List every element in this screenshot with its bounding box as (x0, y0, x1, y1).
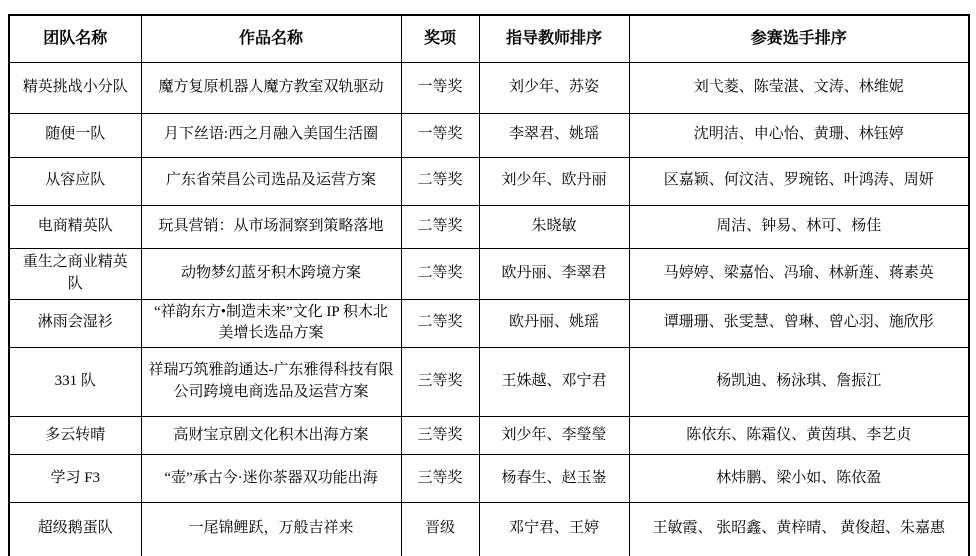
cell-team-name: 精英挑战小分队 (9, 62, 141, 113)
document-page: 团队名称 作品名称 奖项 指导教师排序 参赛选手排序 精英挑战小分队 魔方复原机… (0, 0, 976, 556)
cell-work-name: 高财宝京剧文化积木出海方案 (141, 417, 401, 455)
cell-award: 一等奖 (401, 113, 479, 157)
cell-player-order: 谭珊珊、张雯慧、曾琳、曾心羽、施欣彤 (629, 299, 969, 348)
cell-team-name: 随便一队 (9, 113, 141, 157)
cell-award: 一等奖 (401, 62, 479, 113)
cell-player-order: 马婷婷、梁嘉怡、冯瑜、林新莲、蒋素英 (629, 248, 969, 299)
cell-award: 二等奖 (401, 299, 479, 348)
cell-team-name: 331 队 (9, 348, 141, 417)
header-row: 团队名称 作品名称 奖项 指导教师排序 参赛选手排序 (9, 15, 969, 62)
awards-table: 团队名称 作品名称 奖项 指导教师排序 参赛选手排序 精英挑战小分队 魔方复原机… (8, 14, 970, 556)
cell-work-name: 动物梦幻蓝牙积木跨境方案 (141, 248, 401, 299)
cell-work-name: 一尾锦鲤跃，万般吉祥来 (141, 503, 401, 556)
cell-award: 二等奖 (401, 248, 479, 299)
cell-player-order: 区嘉颖、何汶洁、罗琬铭、叶鸿涛、周妍 (629, 157, 969, 205)
header-team-name: 团队名称 (9, 15, 141, 62)
header-award: 奖项 (401, 15, 479, 62)
table-row: 随便一队 月下丝语:西之月融入美国生活圈 一等奖 李翠君、姚瑶 沈明洁、申心怡、… (9, 113, 969, 157)
table-row: 多云转晴 高财宝京剧文化积木出海方案 三等奖 刘少年、李瑩瑩 陈依东、陈霜仪、黄… (9, 417, 969, 455)
table-row: 淋雨会湿衫 “祥韵东方•制造未来”文化 IP 积木北美增长选品方案 二等奖 欧丹… (9, 299, 969, 348)
cell-team-name: 重生之商业精英队 (9, 248, 141, 299)
cell-award: 二等奖 (401, 205, 479, 248)
table-row: 精英挑战小分队 魔方复原机器人魔方教室双轨驱动 一等奖 刘少年、苏姿 刘弋菱、陈… (9, 62, 969, 113)
cell-award: 晋级 (401, 503, 479, 556)
cell-teacher-order: 邓宁君、王婷 (479, 503, 629, 556)
cell-team-name: 超级鹅蛋队 (9, 503, 141, 556)
cell-award: 三等奖 (401, 417, 479, 455)
header-player-order: 参赛选手排序 (629, 15, 969, 62)
cell-award: 三等奖 (401, 455, 479, 503)
cell-work-name: 月下丝语:西之月融入美国生活圈 (141, 113, 401, 157)
table-row: 电商精英队 玩具营销：从市场洞察到策略落地 二等奖 朱晓敏 周洁、钟易、林可、杨… (9, 205, 969, 248)
cell-teacher-order: 欧丹丽、姚瑶 (479, 299, 629, 348)
cell-team-name: 从容应队 (9, 157, 141, 205)
cell-award: 三等奖 (401, 348, 479, 417)
table-row: 重生之商业精英队 动物梦幻蓝牙积木跨境方案 二等奖 欧丹丽、李翠君 马婷婷、梁嘉… (9, 248, 969, 299)
cell-teacher-order: 刘少年、李瑩瑩 (479, 417, 629, 455)
cell-award: 二等奖 (401, 157, 479, 205)
cell-player-order: 刘弋菱、陈莹湛、文涛、林维妮 (629, 62, 969, 113)
cell-player-order: 陈依东、陈霜仪、黄茵琪、李艺贞 (629, 417, 969, 455)
cell-teacher-order: 刘少年、欧丹丽 (479, 157, 629, 205)
table-row: 超级鹅蛋队 一尾锦鲤跃，万般吉祥来 晋级 邓宁君、王婷 王敏霞、 张昭鑫、黄梓晴… (9, 503, 969, 556)
cell-teacher-order: 朱晓敏 (479, 205, 629, 248)
cell-team-name: 电商精英队 (9, 205, 141, 248)
cell-teacher-order: 欧丹丽、李翠君 (479, 248, 629, 299)
cell-work-name: “壶”承古今·迷你茶器双功能出海 (141, 455, 401, 503)
cell-work-name: 玩具营销：从市场洞察到策略落地 (141, 205, 401, 248)
cell-team-name: 淋雨会湿衫 (9, 299, 141, 348)
cell-teacher-order: 王姝越、邓宁君 (479, 348, 629, 417)
cell-teacher-order: 李翠君、姚瑶 (479, 113, 629, 157)
cell-player-order: 王敏霞、 张昭鑫、黄梓晴、 黄俊超、朱嘉惠 (629, 503, 969, 556)
cell-work-name: 魔方复原机器人魔方教室双轨驱动 (141, 62, 401, 113)
cell-work-name: “祥韵东方•制造未来”文化 IP 积木北美增长选品方案 (141, 299, 401, 348)
table-row: 从容应队 广东省荣昌公司选品及运营方案 二等奖 刘少年、欧丹丽 区嘉颖、何汶洁、… (9, 157, 969, 205)
header-teacher-order: 指导教师排序 (479, 15, 629, 62)
cell-player-order: 林炜鹏、梁小如、陈依盈 (629, 455, 969, 503)
cell-teacher-order: 杨春生、赵玉崟 (479, 455, 629, 503)
cell-team-name: 多云转晴 (9, 417, 141, 455)
cell-player-order: 周洁、钟易、林可、杨佳 (629, 205, 969, 248)
cell-player-order: 沈明洁、申心怡、黄珊、林钰婷 (629, 113, 969, 157)
table-row: 331 队 祥瑞巧筑雅韵通达-广东雅得科技有限公司跨境电商选品及运营方案 三等奖… (9, 348, 969, 417)
table-row: 学习 F3 “壶”承古今·迷你茶器双功能出海 三等奖 杨春生、赵玉崟 林炜鹏、梁… (9, 455, 969, 503)
header-work-name: 作品名称 (141, 15, 401, 62)
cell-teacher-order: 刘少年、苏姿 (479, 62, 629, 113)
cell-work-name: 祥瑞巧筑雅韵通达-广东雅得科技有限公司跨境电商选品及运营方案 (141, 348, 401, 417)
cell-team-name: 学习 F3 (9, 455, 141, 503)
cell-work-name: 广东省荣昌公司选品及运营方案 (141, 157, 401, 205)
cell-player-order: 杨凯迪、杨泳琪、詹振江 (629, 348, 969, 417)
